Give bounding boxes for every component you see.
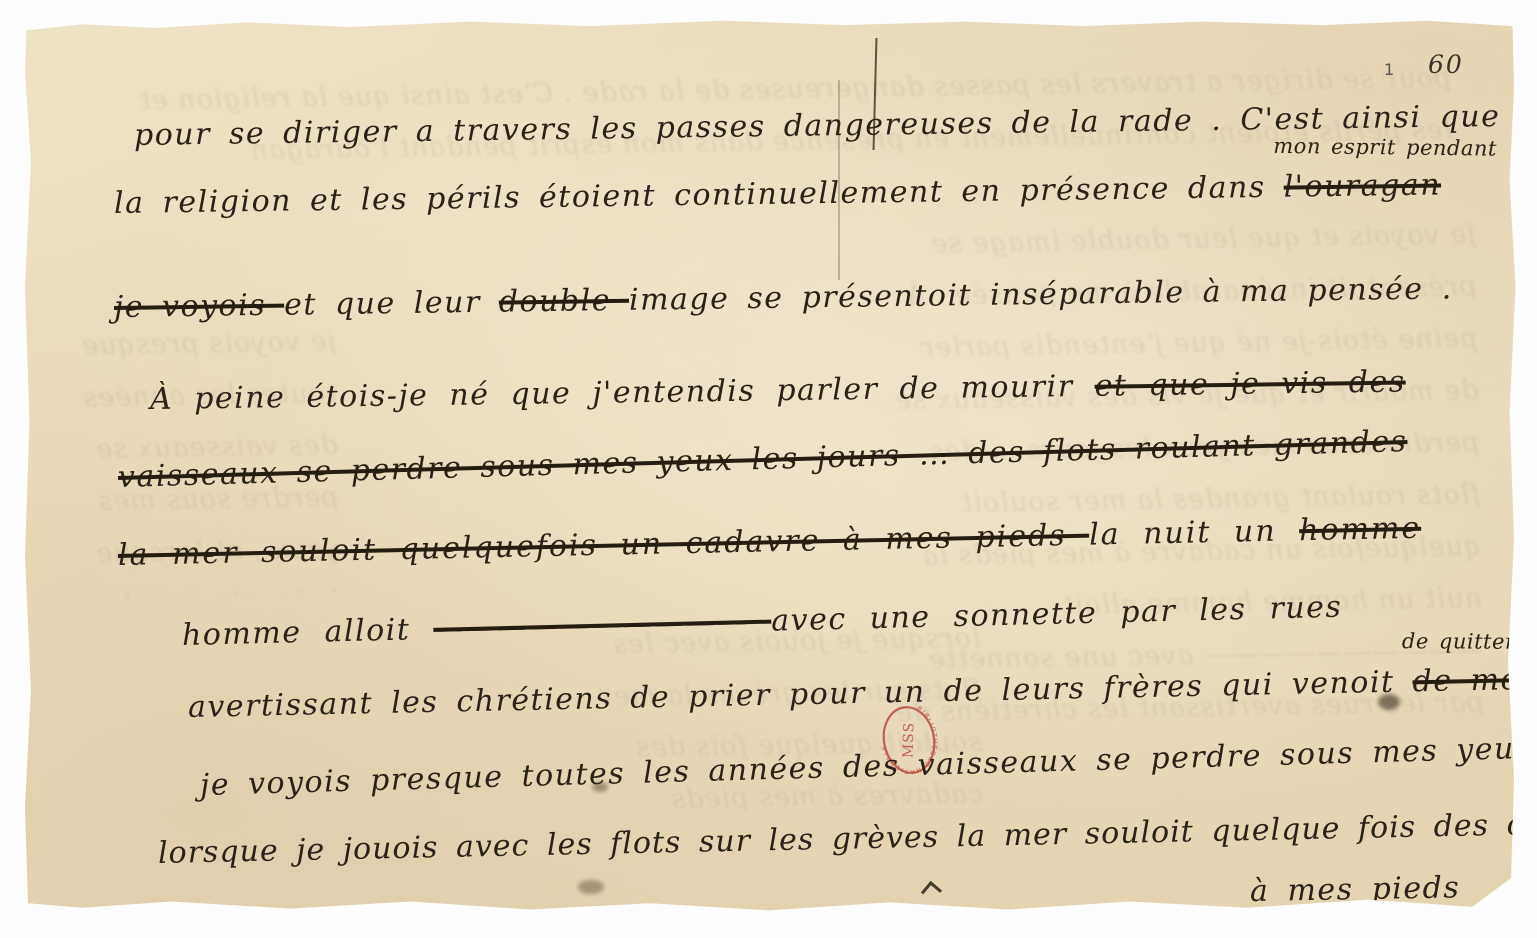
- interline-insertion: mon esprit pendant: [1273, 134, 1497, 161]
- handwritten-text: à mes pieds: [1250, 870, 1461, 909]
- insertion-caret: [921, 881, 942, 902]
- manuscript-line: la mer souloit quelquefois un cadavre à …: [118, 511, 1422, 573]
- struck-text: ——————————: [433, 604, 772, 647]
- manuscript-page: pour se diriger a travers les passes dan…: [22, 18, 1517, 914]
- manuscript-line: À peine étois-je né que j'entendis parle…: [150, 364, 1406, 417]
- manuscript-line: la religion et les périls étoient contin…: [114, 167, 1442, 221]
- ink-smudge: [578, 880, 604, 894]
- handwritten-text: À peine étois-je né que j'entendis parle…: [150, 369, 1095, 417]
- struck-text: l'ouragan: [1283, 167, 1441, 204]
- ink-smudge: [592, 782, 608, 792]
- struck-text: homme: [1299, 511, 1422, 549]
- handwritten-text: homme alloit: [182, 612, 434, 653]
- handwritten-text: lorsque je jouois avec les flots sur les…: [158, 805, 1537, 871]
- interline-insertion: de quitter la vie: [1402, 629, 1537, 654]
- crease-mark: [838, 80, 840, 280]
- struck-text: et que je vis des: [1094, 364, 1406, 403]
- handwritten-text: la nuit un: [1089, 513, 1300, 552]
- handwritten-text: et que leur: [284, 285, 499, 323]
- struck-text: la mer souloit quelquefois un cadavre à …: [118, 518, 1090, 573]
- manuscript-line: lorsque je jouois avec les flots sur les…: [158, 805, 1537, 871]
- struck-text: vaisseaux se perdre sous mes yeux les jo…: [118, 424, 1408, 495]
- handwritten-text: avec une sonnette par les rues: [771, 590, 1343, 639]
- struck-text: je voyois: [114, 288, 285, 325]
- manuscript-line: avertissant les chrétiens de prier pour …: [188, 660, 1537, 725]
- struck-text: de mourir: [1412, 660, 1537, 699]
- struck-text: double: [499, 283, 630, 320]
- folio-number: 1: [1384, 60, 1394, 79]
- handwritten-text: image se présentoit inséparable à ma pen…: [629, 271, 1453, 317]
- manuscript-line: à mes pieds: [1250, 870, 1461, 909]
- manuscript-line: je voyois presque toutes les années des …: [200, 729, 1537, 803]
- ink-blot: [1378, 694, 1400, 710]
- handwritten-text: la religion et les périls étoient contin…: [114, 170, 1284, 221]
- handwritten-text: je voyois presque toutes les années des …: [200, 729, 1537, 803]
- manuscript-line: homme alloit —————————— avec une sonnett…: [182, 590, 1343, 653]
- manuscript-line: je voyois et que leur double image se pr…: [114, 271, 1453, 325]
- handwritten-text: avertissant les chrétiens de prier pour …: [188, 664, 1413, 725]
- page-number: 60: [1428, 50, 1464, 79]
- manuscript-line: vaisseaux se perdre sous mes yeux les jo…: [118, 424, 1408, 495]
